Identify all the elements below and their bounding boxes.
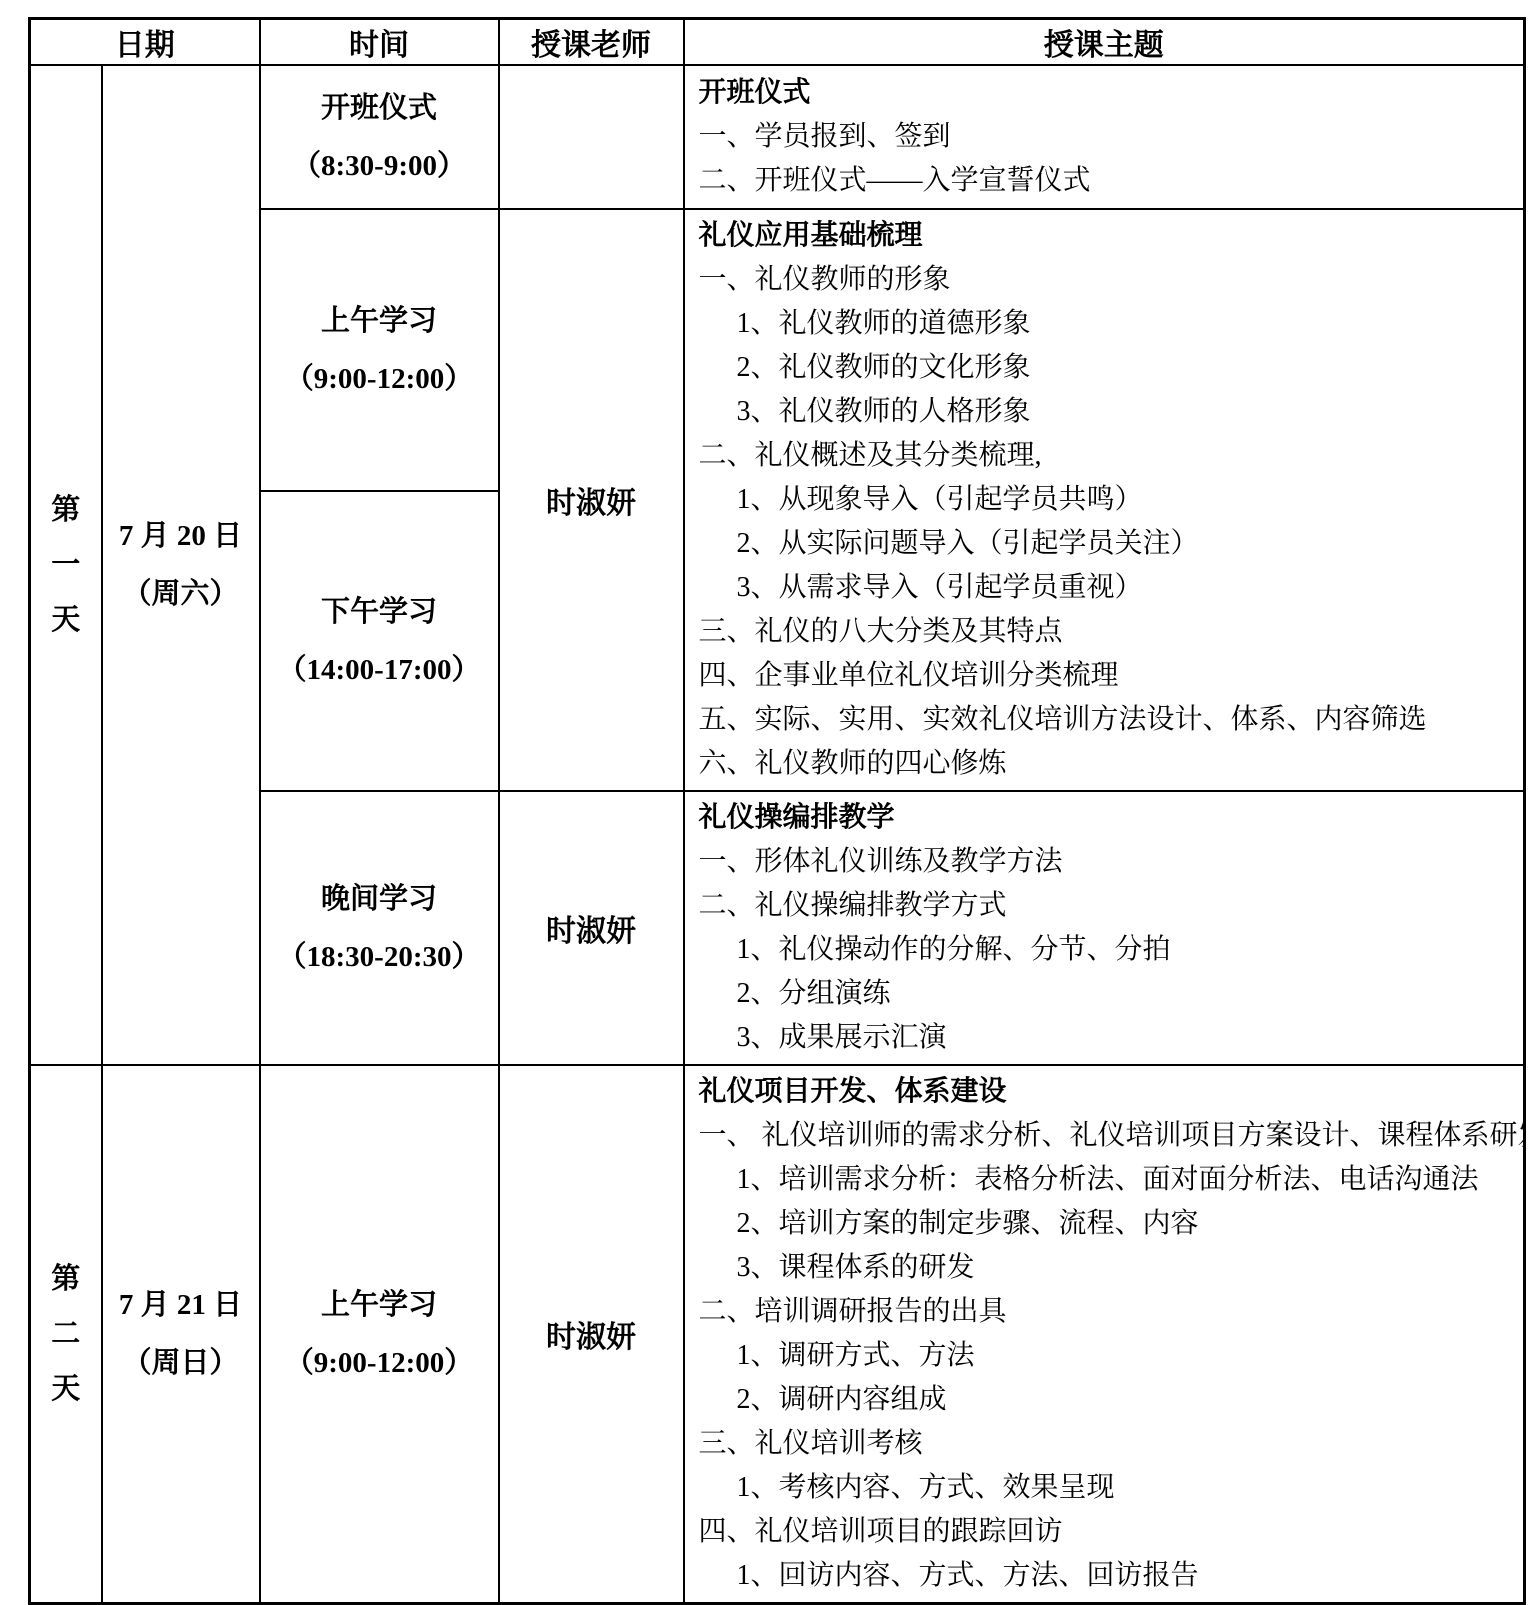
day1-afternoon-time-cell: 下午学习 （14:00-17:00） — [260, 491, 499, 791]
day1-opening-time-cell: 开班仪式 （8:30-9:00） — [260, 65, 499, 209]
topic-line: 2、从实际问题导入（引起学员关注） — [699, 522, 1514, 566]
topic-line: 二、开班仪式——入学宣誓仪式 — [699, 159, 1514, 203]
topic-line: 2、分组演练 — [699, 972, 1514, 1016]
topic-line: 二、礼仪操编排教学方式 — [699, 884, 1514, 928]
topic-line: 三、礼仪培训考核 — [699, 1422, 1514, 1466]
topic-line: 1、调研方式、方法 — [699, 1334, 1514, 1378]
session-name: 上午学习 — [261, 292, 498, 350]
topic-line: 1、从现象导入（引起学员共鸣） — [699, 478, 1514, 522]
day2-date-line1: 7 月 21 日 — [103, 1276, 259, 1334]
day2-row: 第 二 天 7 月 21 日 （周日） 上午学习 （9:00-12:00） 时淑… — [30, 1065, 1525, 1604]
topic-line: 一、学员报到、签到 — [699, 115, 1514, 159]
header-row: 日期 时间 授课老师 授课主题 — [30, 19, 1525, 66]
day1-date-line1: 7 月 20 日 — [103, 507, 259, 565]
day1-label-char: 第 — [31, 483, 101, 538]
topic-line: 1、回访内容、方式、方法、回访报告 — [699, 1554, 1514, 1598]
topic-line: 3、礼仪教师的人格形象 — [699, 390, 1514, 434]
topic-title: 礼仪操编排教学 — [699, 796, 1514, 840]
day1-morning-time-cell: 上午学习 （9:00-12:00） — [260, 209, 499, 491]
topic-line: 2、调研内容组成 — [699, 1378, 1514, 1422]
header-teacher: 授课老师 — [499, 19, 684, 66]
topic-line: 四、企事业单位礼仪培训分类梳理 — [699, 654, 1514, 698]
topic-line: 二、礼仪概述及其分类梳理, — [699, 434, 1514, 478]
session-name: 开班仪式 — [261, 79, 498, 137]
day1-opening-topic-cell: 开班仪式 一、学员报到、签到 二、开班仪式——入学宣誓仪式 — [684, 65, 1525, 209]
topic-line: 3、成果展示汇演 — [699, 1016, 1514, 1060]
schedule-table-wrapper: 日期 时间 授课老师 授课主题 第 一 天 7 月 20 日 （周六） 开班仪式… — [28, 17, 1526, 1605]
session-range: （9:00-12:00） — [261, 1334, 498, 1392]
day1-daytime-topic-cell: 礼仪应用基础梳理 一、礼仪教师的形象 1、礼仪教师的道德形象 2、礼仪教师的文化… — [684, 209, 1525, 791]
day1-label-char: 一 — [31, 538, 101, 593]
header-date: 日期 — [30, 19, 260, 66]
topic-line: 3、从需求导入（引起学员重视） — [699, 566, 1514, 610]
session-range: （9:00-12:00） — [261, 350, 498, 408]
day1-evening-topic-cell: 礼仪操编排教学 一、形体礼仪训练及教学方法 二、礼仪操编排教学方式 1、礼仪操动… — [684, 791, 1525, 1065]
topic-line: 二、培训调研报告的出具 — [699, 1290, 1514, 1334]
topic-line: 一、 礼仪培训师的需求分析、礼仪培训项目方案设计、课程体系研发 — [699, 1114, 1514, 1158]
day2-teacher-cell: 时淑妍 — [499, 1065, 684, 1604]
topic-line: 2、礼仪教师的文化形象 — [699, 346, 1514, 390]
topic-line: 3、课程体系的研发 — [699, 1246, 1514, 1290]
day2-date-cell: 7 月 21 日 （周日） — [102, 1065, 260, 1604]
day1-date-line2: （周六） — [103, 565, 259, 623]
day2-label-char: 天 — [31, 1362, 101, 1417]
topic-line: 三、礼仪的八大分类及其特点 — [699, 610, 1514, 654]
session-range: （14:00-17:00） — [261, 641, 498, 699]
day2-topic-cell: 礼仪项目开发、体系建设 一、 礼仪培训师的需求分析、礼仪培训项目方案设计、课程体… — [684, 1065, 1525, 1604]
session-range: （18:30-20:30） — [261, 928, 498, 986]
day2-label-cell: 第 二 天 — [30, 1065, 102, 1604]
session-name: 晚间学习 — [261, 870, 498, 928]
day1-evening-time-cell: 晚间学习 （18:30-20:30） — [260, 791, 499, 1065]
topic-line: 1、培训需求分析：表格分析法、面对面分析法、电话沟通法 — [699, 1158, 1514, 1202]
header-time: 时间 — [260, 19, 499, 66]
topic-title: 礼仪项目开发、体系建设 — [699, 1070, 1514, 1114]
session-name: 上午学习 — [261, 1276, 498, 1334]
topic-line: 1、考核内容、方式、效果呈现 — [699, 1466, 1514, 1510]
header-topic: 授课主题 — [684, 19, 1525, 66]
day1-label-cell: 第 一 天 — [30, 65, 102, 1065]
topic-line: 五、实际、实用、实效礼仪培训方法设计、体系、内容筛选 — [699, 698, 1514, 742]
topic-title: 开班仪式 — [699, 71, 1514, 115]
topic-line: 一、礼仪教师的形象 — [699, 258, 1514, 302]
day1-label-char: 天 — [31, 593, 101, 648]
day1-opening-teacher-cell — [499, 65, 684, 209]
topic-line: 1、礼仪教师的道德形象 — [699, 302, 1514, 346]
day1-date-cell: 7 月 20 日 （周六） — [102, 65, 260, 1065]
day1-evening-teacher-cell: 时淑妍 — [499, 791, 684, 1065]
topic-line: 一、形体礼仪训练及教学方法 — [699, 840, 1514, 884]
topic-title: 礼仪应用基础梳理 — [699, 214, 1514, 258]
day2-label-char: 二 — [31, 1307, 101, 1362]
day2-label-char: 第 — [31, 1252, 101, 1307]
day1-row-opening: 第 一 天 7 月 20 日 （周六） 开班仪式 （8:30-9:00） 开班仪… — [30, 65, 1525, 209]
topic-line: 六、礼仪教师的四心修炼 — [699, 742, 1514, 786]
session-name: 下午学习 — [261, 583, 498, 641]
topic-line: 2、培训方案的制定步骤、流程、内容 — [699, 1202, 1514, 1246]
session-range: （8:30-9:00） — [261, 137, 498, 195]
day1-daytime-teacher-cell: 时淑妍 — [499, 209, 684, 791]
topic-line: 1、礼仪操动作的分解、分节、分拍 — [699, 928, 1514, 972]
day2-date-line2: （周日） — [103, 1334, 259, 1392]
topic-line: 四、礼仪培训项目的跟踪回访 — [699, 1510, 1514, 1554]
training-schedule-table: 日期 时间 授课老师 授课主题 第 一 天 7 月 20 日 （周六） 开班仪式… — [28, 17, 1526, 1605]
day2-morning-time-cell: 上午学习 （9:00-12:00） — [260, 1065, 499, 1604]
